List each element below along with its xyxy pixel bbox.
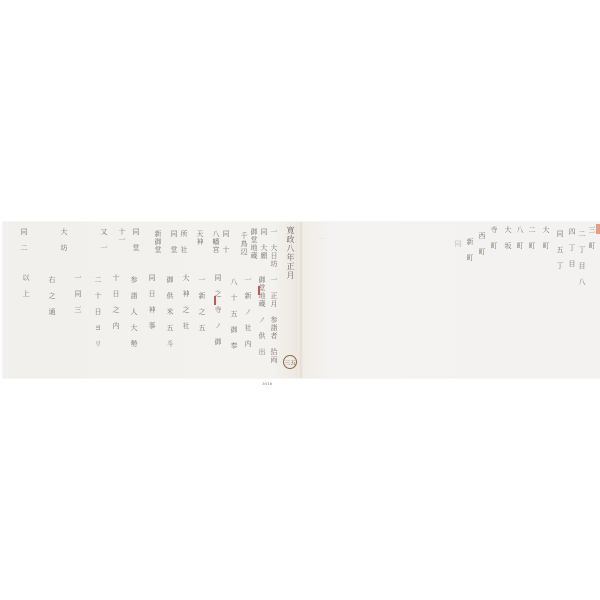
body-column: 同 日 神 事 <box>148 274 156 330</box>
header-column: 四 丁 目 <box>568 228 576 268</box>
body-column: 御 供 米 五 斗 <box>166 276 174 348</box>
header-column: 同 五 丁 <box>556 230 564 270</box>
header-column: 八 町 <box>516 226 524 250</box>
bleed-through-text <box>318 280 378 289</box>
header-column: 同 十 <box>222 230 230 254</box>
header-column: 同 <box>454 240 462 248</box>
document-title: 寛政八年 <box>286 226 294 262</box>
body-column: 一 新 ノ 社 内 <box>244 276 252 348</box>
header-column: 十一 <box>118 228 126 244</box>
header-column: 天神 <box>196 230 204 246</box>
header-column: 新 町 <box>466 238 474 262</box>
body-column: 八 十 五 御 奉 <box>230 278 238 350</box>
body-column: 右 之 通 <box>48 276 56 316</box>
header-column: 同 堂 <box>170 230 178 254</box>
header-column: 二 町 <box>528 226 536 250</box>
body-column: 二 十 日 ヨ リ <box>94 276 102 348</box>
header-column: 大 坂 <box>504 226 512 250</box>
book-gutter <box>300 222 304 378</box>
header-column: 又 一 <box>100 228 108 252</box>
header-column: 西 町 <box>478 232 486 256</box>
header-column: 所 社 <box>180 230 188 254</box>
header-column: 同 二 <box>20 228 28 252</box>
body-column: 大 神 之 社 <box>182 274 190 330</box>
header-column: 千鳥辺 <box>240 232 248 256</box>
body-column: 十 日 之 内 <box>112 274 120 330</box>
header-column: 一 大日坊 <box>270 228 278 268</box>
header-column: 御堂地蔵 <box>250 228 258 260</box>
header-column: 八幡宮 <box>212 230 220 254</box>
body-column: 以 上 <box>22 274 30 298</box>
header-column: 二 丁 目 八 <box>578 230 586 286</box>
body-column: 一 正月 参詣者 拾両 <box>270 276 278 364</box>
red-ink-mark <box>258 286 260 295</box>
body-column: 一 新 之 五 <box>198 276 206 332</box>
bleed-through-text: 一 <box>318 234 420 243</box>
header-column: 三 町 <box>588 226 596 250</box>
header-column: 同 堂 <box>132 228 140 252</box>
body-column: 参 詣 人 大 勢 <box>130 276 138 348</box>
header-column: 大 坊 <box>60 228 68 252</box>
header-column: 同 大願 <box>260 228 268 260</box>
page-edge-mark <box>596 224 600 234</box>
catalog-number: 3016 <box>262 381 272 386</box>
bleed-through-text <box>318 310 408 319</box>
body-column: 一 同 三 <box>74 274 82 314</box>
red-ink-mark <box>214 296 216 305</box>
page-number-stamp: 三五 <box>283 355 297 369</box>
body-column: 同 之 寺 ノ 御 <box>214 274 222 346</box>
header-column: 大 町 <box>542 226 550 250</box>
document-subtitle: 正月 <box>286 262 294 280</box>
header-column: 新御堂 <box>154 230 162 254</box>
header-column: 寺 町 <box>490 226 498 250</box>
